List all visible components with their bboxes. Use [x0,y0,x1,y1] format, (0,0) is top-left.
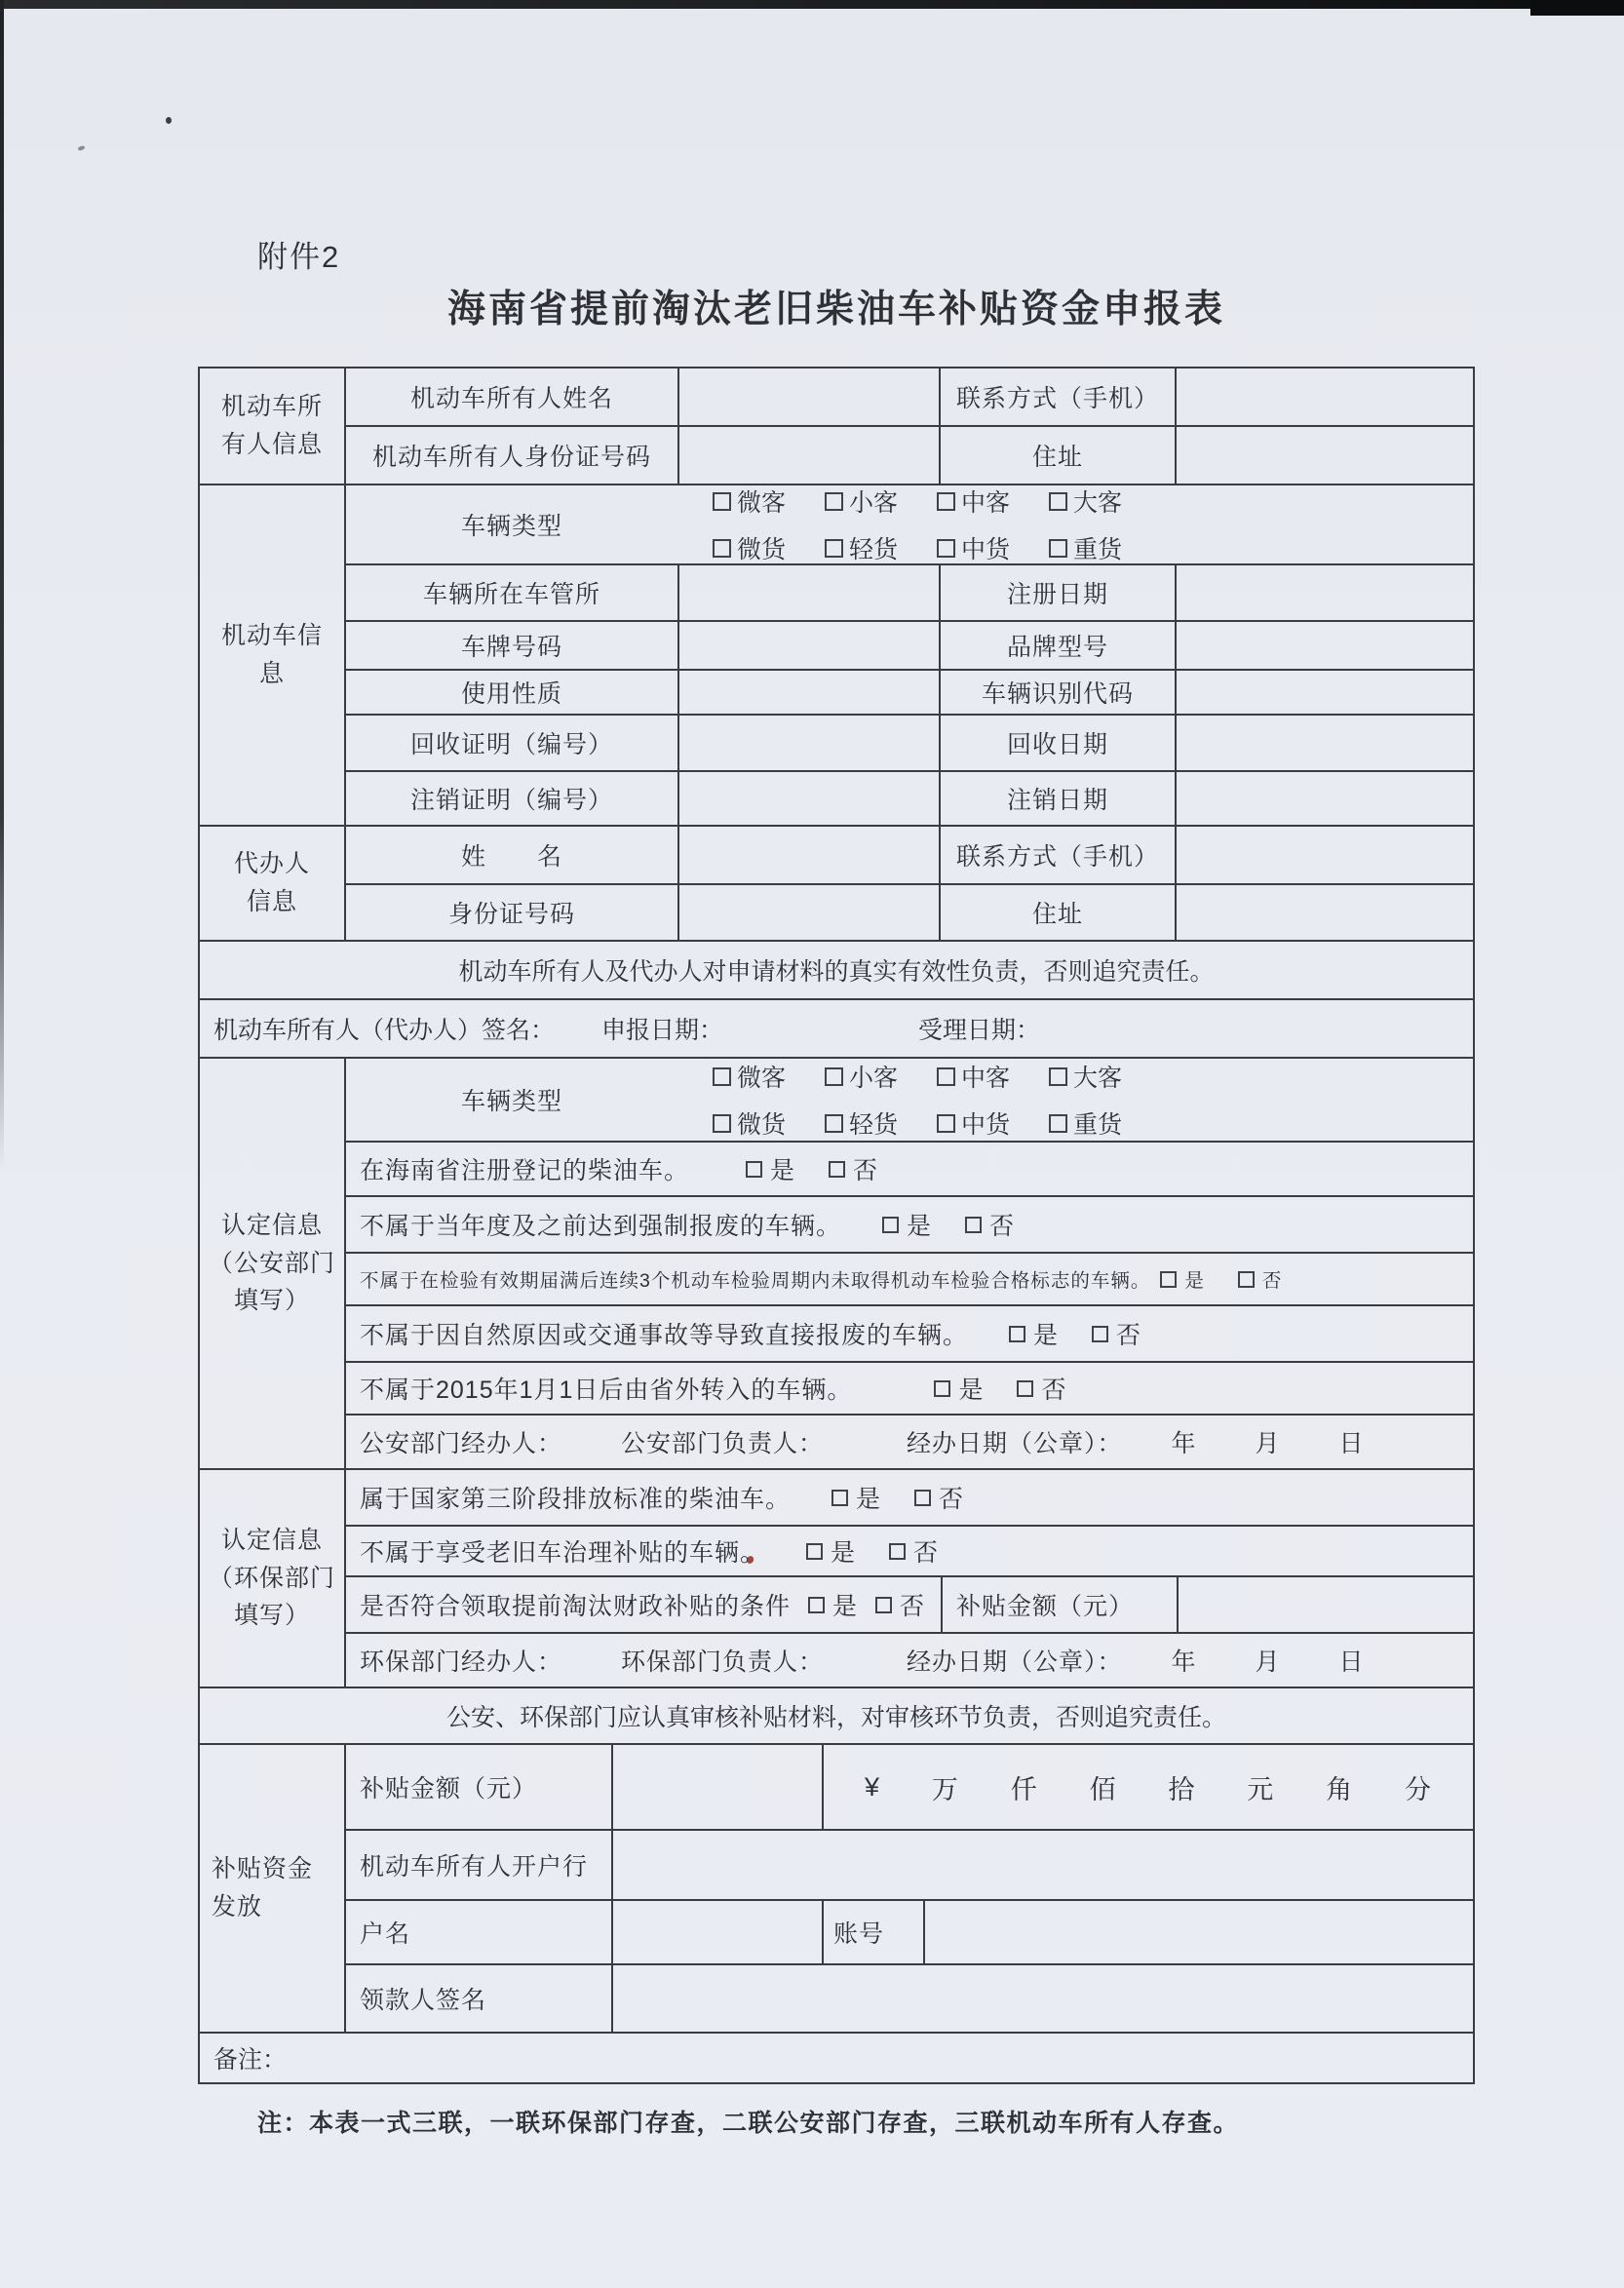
env-section-label: 认定信息 （环保部门 填写） [200,1470,346,1687]
no-label: 否 [913,1533,939,1569]
vehicle-type-option: 微货 [737,530,786,565]
statement-row: 不属于2015年1月1日后由省外转入的车辆。 是否 [346,1361,1473,1414]
checkbox-qinghuo[interactable] [825,539,843,558]
table-row: 身份证号码 住址 [346,883,1473,940]
vehicle-type-option: 大客 [1073,1059,1122,1094]
owner-address-label: 住址 [939,427,1175,484]
owner-address-field[interactable] [1175,427,1473,484]
checkbox-xiaoke[interactable] [825,1067,843,1086]
eligibility-row: 是否符合领取提前淘汰财政补贴的条件 是否 补贴金额（元） [346,1575,1473,1632]
account-name-field[interactable] [611,1901,822,1963]
statement-text: 属于国家第三阶段排放标准的柴油车。 [360,1480,791,1515]
table-row: 回收证明（编号） 回收日期 [346,714,1473,770]
unit-bai: 佰 [1090,1768,1117,1806]
vehicle-type-option: 小客 [849,484,898,519]
checkbox-weihuo[interactable] [713,1114,731,1133]
payment-section: 补贴资金 发放 补贴金额（元） ¥ 万 仟 佰 拾 元 角 分 机动车所有人开户… [200,1743,1473,2032]
footer-note: 注：本表一式三联，一联环保部门存查，二联公安部门存查，三联机动车所有人存查。 [257,2104,1239,2139]
accept-date-label[interactable]: 受理日期： [918,1011,1040,1046]
agent-address-field[interactable] [1175,885,1473,940]
attachment-label: 附件2 [257,232,340,276]
payment-amount-field[interactable] [611,1745,822,1829]
scan-edge-top-right [1530,0,1624,16]
checkbox-yes[interactable] [746,1161,762,1178]
yes-label: 是 [856,1480,881,1515]
checkbox-zhongke[interactable] [937,1067,955,1086]
police-handler-label[interactable]: 公安部门经办人： [360,1424,562,1459]
checkbox-no[interactable] [965,1217,982,1233]
vehicle-type-option: 重货 [1073,530,1122,565]
statement-text: 不属于当年度及之前达到强制报废的车辆。 [360,1207,841,1242]
unit-fen: 分 [1405,1768,1432,1806]
checkbox-zhonghuo[interactable] [937,1114,955,1133]
review-note-row: 公安、环保部门应认真审核补贴材料，对审核环节负责，否则追究责任。 [200,1687,1473,1743]
checkbox-yes[interactable] [808,1597,825,1613]
agent-id-label: 身份证号码 [346,885,677,940]
vehicle-type-option: 中货 [961,530,1010,565]
no-label: 否 [1262,1265,1283,1293]
agent-name-label: 姓 名 [346,827,677,883]
payment-amount-row: 补贴金额（元） ¥ 万 仟 佰 拾 元 角 分 [346,1745,1473,1829]
owner-section-label: 机动车所 有人信息 [200,368,346,484]
payee-label: 领款人签名 [346,1965,611,2032]
statement-text: 不属于在检验有效期届满后连续3个机动车检验周期内未取得机动车检验合格标志的车辆。 [360,1265,1150,1293]
account-name-label: 户名 [346,1901,611,1963]
agent-id-field[interactable] [677,885,939,940]
yes-label: 是 [770,1151,795,1186]
police-signoff-row: 公安部门经办人： 公安部门负责人： 经办日期（公章）： 年 月 日 [346,1414,1473,1468]
statement-row: 不属于因自然原因或交通事故等导致直接报废的车辆。 是否 [346,1304,1473,1361]
table-row: 注销证明（编号） 注销日期 [346,770,1473,825]
dmv-office-field[interactable] [677,565,939,620]
vehicle-type-option: 大客 [1073,484,1122,519]
table-row: 机动车所有人身份证号码 住址 [346,425,1473,484]
currency-units-cell: ¥ 万 仟 佰 拾 元 角 分 [822,1745,1473,1829]
checkbox-zhonghuo[interactable] [937,539,955,558]
checkbox-no[interactable] [1238,1271,1255,1288]
vehicle-type-option: 微货 [737,1105,786,1141]
eligibility-label: 是否符合领取提前淘汰财政补贴的条件 [360,1587,791,1622]
vehicle-type-option: 轻货 [849,1105,898,1141]
scan-edge-left [0,0,4,1170]
no-label: 否 [989,1207,1015,1242]
checkbox-dake[interactable] [1049,1067,1067,1086]
payee-row: 领款人签名 [346,1963,1473,2032]
scan-speck [78,145,86,151]
yes-label: 是 [958,1371,984,1406]
vehicle-type-option: 微客 [737,484,786,519]
checkbox-xiaoke[interactable] [825,492,843,511]
vehicle-info-section: 机动车信 息 车辆类型 微客 小客 中客 大客 微货 轻货 中货 重货 [200,484,1473,825]
vehicle-type-label: 车辆类型 [346,485,677,563]
yes-label: 是 [831,1533,856,1569]
police-date-label[interactable]: 经办日期（公章）： [907,1424,1123,1459]
deregister-date-field[interactable] [1175,772,1473,825]
vehicle-type-option: 轻货 [849,530,898,565]
statement-text: 不属于因自然原因或交通事故等导致直接报废的车辆。 [360,1316,968,1351]
agent-name-field[interactable] [677,827,939,883]
unit-qian: 仟 [1011,1768,1038,1806]
owner-phone-label: 联系方式（手机） [939,368,1175,425]
apply-date-label[interactable]: 申报日期： [601,1011,723,1046]
brand-model-label: 品牌型号 [939,622,1175,669]
checkbox-no[interactable] [1092,1326,1108,1342]
form-title: 海南省提前淘汰老旧柴油车补贴资金申报表 [198,279,1475,333]
yes-label: 是 [1184,1265,1205,1293]
plate-number-field[interactable] [677,622,939,669]
checkbox-weike[interactable] [713,492,731,511]
payment-amount-label: 补贴金额（元） [346,1745,611,1829]
vin-label: 车辆识别代码 [939,671,1175,714]
checkbox-qinghuo[interactable] [825,1114,843,1133]
vehicle-type-option: 重货 [1073,1105,1122,1141]
police-ymd-label: 年 月 日 [1172,1424,1381,1459]
owner-phone-field[interactable] [1175,368,1473,425]
recycle-cert-label: 回收证明（编号） [346,716,677,770]
statement-row: 不属于在检验有效期届满后连续3个机动车检验周期内未取得机动车检验合格标志的车辆。… [346,1252,1473,1304]
checkbox-dake[interactable] [1049,492,1067,511]
usage-nature-label: 使用性质 [346,671,677,714]
statement-row: 属于国家第三阶段排放标准的柴油车。 是否 [346,1470,1473,1525]
deregister-date-label: 注销日期 [939,772,1175,825]
env-date-label[interactable]: 经办日期（公章）： [907,1643,1123,1678]
checkbox-no[interactable] [875,1597,892,1613]
env-handler-label[interactable]: 环保部门经办人： [360,1643,562,1678]
signature-row: 机动车所有人（代办人）签名： 申报日期： 受理日期： [200,998,1473,1057]
declaration-text: 机动车所有人及代办人对申请材料的真实有效性负责，否则追究责任。 [458,952,1214,988]
unit-yuan: 元 [1247,1768,1274,1806]
dmv-office-label: 车辆所在车管所 [346,565,677,620]
account-no-field[interactable] [923,1901,1473,1963]
deregister-cert-field[interactable] [677,772,939,825]
declaration-row: 机动车所有人及代办人对申请材料的真实有效性负责，否则追究责任。 [200,940,1473,998]
usage-nature-field[interactable] [677,671,939,714]
subsidy-amount-label: 补贴金额（元） [941,1577,1177,1632]
subsidy-amount-field[interactable] [1177,1577,1473,1632]
statement-text: 不属于2015年1月1日后由省外转入的车辆。 [360,1371,852,1406]
review-note-text: 公安、环保部门应认真审核补贴材料，对审核环节负责，否则追究责任。 [446,1698,1226,1733]
no-label: 否 [900,1587,925,1622]
checkbox-yes[interactable] [806,1543,823,1560]
scan-speck [166,117,172,124]
env-head-label[interactable]: 环保部门负责人： [621,1643,824,1678]
payee-signature-field[interactable] [611,1965,1473,2032]
vehicle-type-row: 车辆类型 微客 小客 中客 大客 微货 轻货 中货 重货 [346,1059,1473,1141]
checkbox-yes[interactable] [1160,1271,1177,1288]
brand-model-field[interactable] [1175,622,1473,669]
checkbox-no[interactable] [914,1490,931,1506]
recycle-date-label: 回收日期 [939,716,1175,770]
plate-number-label: 车牌号码 [346,622,677,669]
bank-label: 机动车所有人开户行 [346,1831,611,1899]
account-no-label: 账号 [822,1901,923,1963]
payment-section-label: 补贴资金 发放 [200,1745,346,2032]
checkbox-yes[interactable] [882,1217,899,1233]
police-head-label[interactable]: 公安部门负责人： [621,1424,824,1459]
scanned-form-page: { "page": { "attachment": "附件2", "title"… [0,0,1624,2288]
table-row: 姓 名 联系方式（手机） [346,827,1473,883]
remark-label[interactable]: 备注： [213,2040,287,2075]
register-date-label: 注册日期 [939,565,1175,620]
checkbox-weike[interactable] [713,1067,731,1086]
checkbox-weihuo[interactable] [713,539,731,558]
yes-label: 是 [907,1207,932,1242]
checkbox-no[interactable] [829,1161,845,1178]
checkbox-yes[interactable] [831,1490,848,1506]
checkbox-no[interactable] [1017,1380,1033,1397]
vehicle-type-option: 微客 [737,1059,786,1094]
agent-info-section: 代办人 信息 姓 名 联系方式（手机） 身份证号码 住址 [200,825,1473,940]
vehicle-type-option: 中客 [961,484,1010,519]
no-label: 否 [1041,1371,1066,1406]
table-row: 车牌号码 品牌型号 [346,620,1473,669]
agent-address-label: 住址 [939,885,1175,940]
agent-phone-field[interactable] [1175,827,1473,883]
owner-id-field[interactable] [677,427,939,484]
recycle-cert-field[interactable] [677,716,939,770]
vehicle-type-row: 车辆类型 微客 小客 中客 大客 微货 轻货 中货 重货 [346,485,1473,563]
account-row: 户名 账号 [346,1899,1473,1963]
agent-phone-label: 联系方式（手机） [939,827,1175,883]
no-label: 否 [939,1480,964,1515]
table-row: 使用性质 车辆识别代码 [346,669,1473,714]
police-section-label: 认定信息 （公安部门 填写） [200,1059,346,1468]
recycle-date-field[interactable] [1175,716,1473,770]
env-review-section: 认定信息 （环保部门 填写） 属于国家第三阶段排放标准的柴油车。 是否 不属于享… [200,1468,1473,1687]
deregister-cert-label: 注销证明（编号） [346,772,677,825]
unit-jiao: 角 [1326,1768,1353,1806]
agent-section-label: 代办人 信息 [200,827,346,940]
yuan-sign: ¥ [865,1772,880,1803]
bank-field[interactable] [611,1831,1473,1899]
signature-label[interactable]: 机动车所有人（代办人）签名： [213,1011,555,1046]
table-row: 机动车所有人姓名 联系方式（手机） [346,368,1473,425]
application-form-table: 机动车所 有人信息 机动车所有人姓名 联系方式（手机） 机动车所有人身份证号码 … [198,367,1475,2084]
env-signoff-row: 环保部门经办人： 环保部门负责人： 经办日期（公章）： 年 月 日 [346,1632,1473,1687]
table-row: 车辆所在车管所 注册日期 [346,563,1473,620]
no-label: 否 [853,1151,878,1186]
statement-row: 在海南省注册登记的柴油车。 是否 [346,1141,1473,1195]
statement-text: 在海南省注册登记的柴油车。 [360,1151,689,1186]
yes-label: 是 [1033,1316,1059,1351]
checkbox-zhongke[interactable] [937,492,955,511]
vehicle-section-label: 机动车信 息 [200,485,346,825]
vehicle-type-option: 小客 [849,1059,898,1094]
owner-id-label: 机动车所有人身份证号码 [346,427,677,484]
vehicle-type-option: 中客 [961,1059,1010,1094]
owner-name-field[interactable] [677,368,939,425]
env-ymd-label: 年 月 日 [1172,1643,1381,1678]
owner-name-label: 机动车所有人姓名 [346,368,677,425]
vehicle-type-option: 中货 [961,1105,1010,1141]
unit-shi: 拾 [1168,1768,1195,1806]
unit-wan: 万 [932,1768,959,1806]
statement-text: 不属于享受老旧车治理补贴的车辆。 [360,1533,765,1569]
scan-edge-top [0,0,1624,9]
statement-row: 不属于当年度及之前达到强制报废的车辆。 是否 [346,1195,1473,1252]
remark-row: 备注： [200,2032,1473,2082]
checkbox-yes[interactable] [1009,1326,1025,1342]
statement-row: 不属于享受老旧车治理补贴的车辆。 是否 [346,1525,1473,1575]
no-label: 否 [1116,1316,1141,1351]
police-vehicle-type-label: 车辆类型 [346,1059,677,1141]
register-date-field[interactable] [1175,565,1473,620]
bank-row: 机动车所有人开户行 [346,1829,1473,1899]
checkbox-no[interactable] [889,1543,906,1560]
yes-label: 是 [832,1587,858,1622]
checkbox-yes[interactable] [934,1380,950,1397]
vin-field[interactable] [1175,671,1473,714]
owner-info-section: 机动车所 有人信息 机动车所有人姓名 联系方式（手机） 机动车所有人身份证号码 … [200,368,1473,484]
checkbox-zhonghuo-heavy[interactable] [1049,539,1067,558]
checkbox-zhonghuo-heavy[interactable] [1049,1114,1067,1133]
police-review-section: 认定信息 （公安部门 填写） 车辆类型 微客 小客 中客 大客 微货 轻货 中货… [200,1057,1473,1468]
